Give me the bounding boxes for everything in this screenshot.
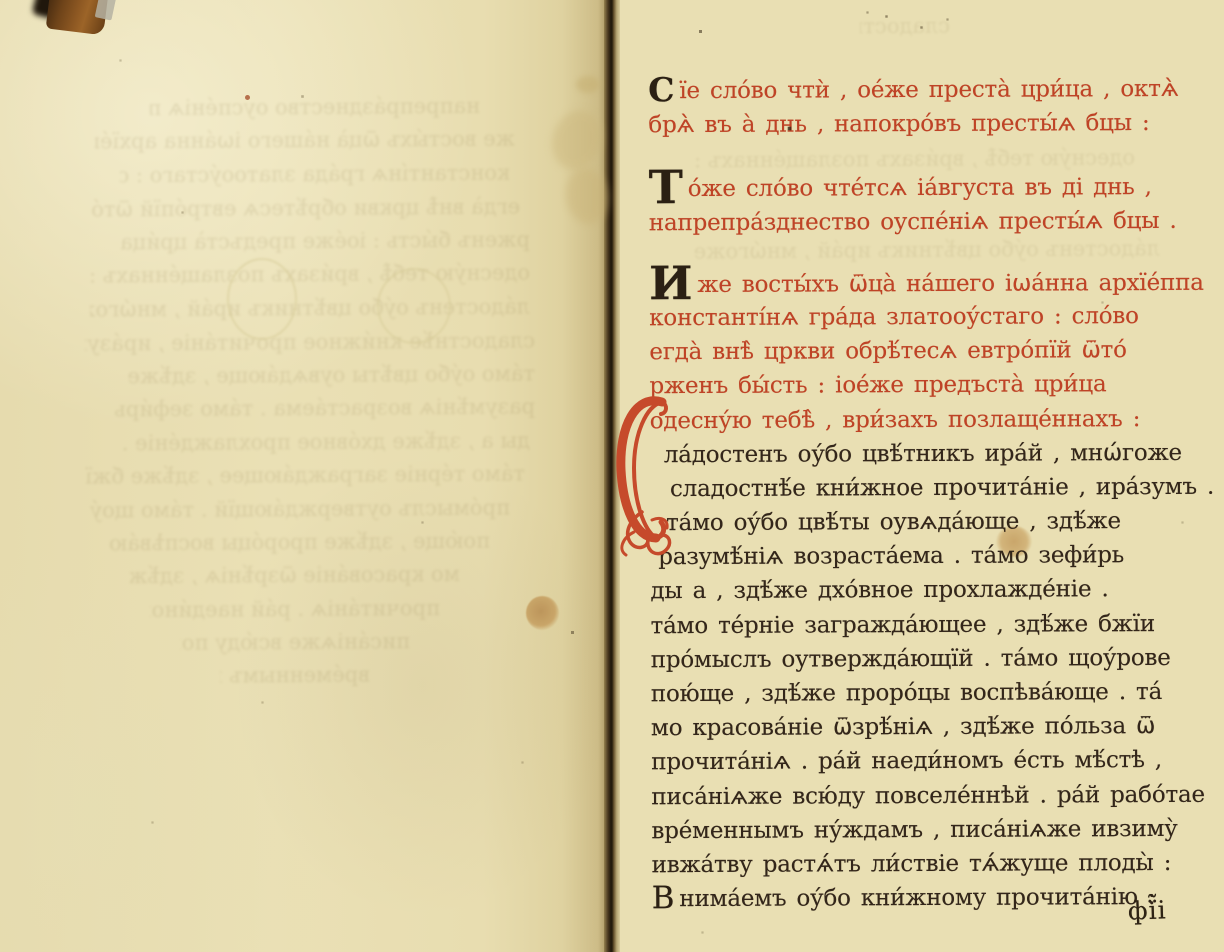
bleedthrough-line: сладостнѣ́е кни́жное прочита́ніе , ира́з… <box>860 14 950 39</box>
text-line: Иже восты́хъ ѿца̀ на́шего іѡа́нна архїе́… <box>649 265 1201 302</box>
ink-speck <box>245 95 250 100</box>
bleedthrough-line: напрепра́зднество оуспе́ніѧ престы́ѧ бцы… <box>150 94 480 120</box>
text-line: напрепра́зднество оуспе́ніѧ престы́ѧ бцы… <box>649 203 1201 240</box>
line-text: егда̀ внѣ̀ цркви обрѣ́тесѧ евтро́пїй ѿто… <box>649 337 1127 365</box>
bleedthrough-line: константі́нѧ гра́да златооу́стаго : сло́… <box>120 161 510 188</box>
ornate-initial-icon: С <box>612 392 676 560</box>
text-line: ивжа́тву растѧ́тъ ли́ствіе тѧ́жуще плоды… <box>652 846 1204 883</box>
left-page: напрепра́зднество оуспе́ніѧ престы́ѧ бцы… <box>0 0 604 952</box>
text-line: та́мо те́рніе загражда́ющее , здѣ́же бжї… <box>650 606 1202 643</box>
text-line: Сїе сло́во чтѝ , ое́же преста̀ цри́ца , … <box>648 72 1200 109</box>
line-text: про́мыслъ оутвержда́ющїй . та́мо щоу́ров… <box>651 645 1171 673</box>
text-line: та́мо оу́бо цвѣ́ты оувѧда́юще , здѣ́же <box>650 504 1202 541</box>
bleedthrough-line: сладостнѣ́е кни́жное прочита́ніе , ира́з… <box>85 328 535 355</box>
text-line: сладостнѣ́е кни́жное прочита́ніе , ира́з… <box>650 470 1202 507</box>
line-text: ды а , здѣ́же дхо́вное прохлажде́ніе . <box>650 577 1108 605</box>
text-block: Сїе сло́во чтѝ , ое́же преста̀ цри́ца , … <box>648 72 1204 917</box>
line-text: ла́достенъ оу́бо цвѣ́тникъ ира́й , мнѡ́г… <box>664 440 1182 468</box>
line-text: разумѣ́ніѧ возраста́ема . та́мо зефи́рь <box>658 542 1124 570</box>
text-line: егда̀ внѣ̀ цркви обрѣ́тесѧ евтро́пїй ѿто… <box>649 333 1201 370</box>
line-text: рженъ бы́сть : іое́же предъста̀ цри́ца <box>649 372 1106 400</box>
bleedthrough-line: ла́достенъ оу́бо цвѣ́тникъ ира́й , мнѡ́г… <box>90 294 530 321</box>
text-line: прочита́ніѧ . ра́й наеди́номъ е́сть мѣ́с… <box>651 743 1203 780</box>
line-text: та́мо оу́бо цвѣ́ты оувѧда́юще , здѣ́же <box>666 508 1121 536</box>
line-text: вре́меннымъ ну́ждамъ , писа́ніѧже ивзиму… <box>651 816 1177 844</box>
bleedthrough-line: про́мыслъ оутвержда́ющїй . та́мо щоу́ров… <box>90 496 510 523</box>
text-line: ды а , здѣ́же дхо́вное прохлажде́ніе . <box>650 572 1202 609</box>
text-line: константі́нѧ гра́да златооу́стаго : сло́… <box>649 299 1201 336</box>
line-text: пою́ще , здѣ́же проро́цы воспѣва́юще . т… <box>651 679 1162 707</box>
text-line: одесну́ю тебѣ̀ , ври́захъ позлаще́ннахъ … <box>650 401 1202 438</box>
line-text: напрепра́зднество оуспе́ніѧ престы́ѧ бцы… <box>649 207 1177 235</box>
bleedthrough-line: егда̀ внѣ̀ цркви обрѣ́тесѧ евтро́пїй ѿто… <box>90 194 520 221</box>
bleedthrough-line: рженъ бы́сть : іое́же предъста̀ цри́ца <box>80 227 530 254</box>
text-line: То́же сло́во чте́тсѧ іа́вгуста въ ді днь… <box>649 169 1201 206</box>
line-text: константі́нѧ гра́да златооу́стаго : сло́… <box>649 303 1139 331</box>
line-text: одесну́ю тебѣ̀ , ври́захъ позлаще́ннахъ … <box>650 406 1141 434</box>
text-line: писа́ніѧже всю́ду повселе́ннѣй . ра́й ра… <box>651 777 1203 814</box>
text-line: ла́достенъ оу́бо цвѣ́тникъ ира́й , мнѡ́г… <box>650 435 1202 472</box>
line-text: нима́емъ оу́бо кни́жному прочита́нію : <box>679 884 1155 912</box>
bleedthrough-line: ды а , здѣ́же дхо́вное прохлажде́ніе . <box>80 428 530 455</box>
drop-cap: Т <box>649 178 683 196</box>
bleedthrough-line: та́мо оу́бо цвѣ́ты оувѧда́юще , здѣ́же <box>80 361 535 388</box>
ornate-initial-drawing <box>612 392 676 560</box>
line-text: брѧ̀ въ а̀ днь , напокро́въ престы́ѧ бцы… <box>648 110 1149 138</box>
drop-cap: С <box>648 81 674 99</box>
bleedthrough-line: разумѣ́ніѧ возраста́ема . та́мо зефи́рь <box>85 394 535 421</box>
bleedthrough-line: прочита́ніѧ . ра́й наеди́номъ е́сть мѣ́с… <box>150 596 440 622</box>
bleedthrough-line: та́мо те́рніе загражда́ющее , здѣ́же бжї… <box>85 461 525 488</box>
line-text: о́же сло́во чте́тсѧ іа́вгуста въ ді днь … <box>688 174 1152 202</box>
line-text: сладостнѣ́е кни́жное прочита́ніе , ира́з… <box>670 474 1214 502</box>
bleedthrough-line: писа́ніѧже всю́ду повселе́ннѣй . ра́й ра… <box>180 629 410 655</box>
quire-signature: фї̃і <box>1128 895 1168 925</box>
bleedthrough-line: же восты́хъ ѿца̀ на́шего іѡа́нна архїе́п… <box>95 127 515 154</box>
text-line: разумѣ́ніѧ возраста́ема . та́мо зефи́рь <box>650 538 1202 575</box>
drop-cap: И <box>649 274 692 292</box>
line-text: же восты́хъ ѿца̀ на́шего іѡа́нна архїе́п… <box>697 270 1203 298</box>
line-text: писа́ніѧже всю́ду повселе́ннѣй . ра́й ра… <box>651 781 1205 809</box>
line-text: їе сло́во чтѝ , ое́же преста̀ цри́ца , о… <box>679 76 1178 104</box>
bleedthrough-line: пою́ще , здѣ́же проро́цы воспѣва́юще . т… <box>110 529 490 556</box>
text-line: рженъ бы́сть : іое́же предъста̀ цри́ца <box>649 367 1201 404</box>
bleedthrough-line: мо красова́ніе ѿзрѣ́ніѧ , здѣ́же по́льза… <box>130 562 460 588</box>
line-text: ивжа́тву растѧ́тъ ли́ствіе тѧ́жуще плоды… <box>652 850 1172 878</box>
text-line: мо красова́ніе ѿзрѣ́ніѧ , здѣ́же по́льза… <box>651 709 1203 746</box>
text-line: пою́ще , здѣ́же проро́цы воспѣва́юще . т… <box>651 675 1203 712</box>
line-text: мо красова́ніе ѿзрѣ́ніѧ , здѣ́же по́льза… <box>651 713 1155 741</box>
line-text: прочита́ніѧ . ра́й наеди́номъ е́сть мѣ́с… <box>651 747 1162 775</box>
drop-cap: В <box>652 889 675 907</box>
text-line: Внима́емъ оу́бо кни́жному прочита́нію : <box>652 880 1204 917</box>
bleedthrough-line: одесну́ю тебѣ̀ , ври́захъ позлаще́ннахъ … <box>85 260 530 287</box>
line-text: та́мо те́рніе загражда́ющее , здѣ́же бжї… <box>651 611 1156 639</box>
text-line: про́мыслъ оутвержда́ющїй . та́мо щоу́ров… <box>651 641 1203 678</box>
text-line: вре́меннымъ ну́ждамъ , писа́ніѧже ивзиму… <box>651 812 1203 849</box>
text-line: брѧ̀ въ а̀ днь , напокро́въ престы́ѧ бцы… <box>648 106 1200 143</box>
bleedthrough-line: вре́меннымъ ну́ждамъ , писа́ніѧже ивзиму… <box>220 662 370 687</box>
